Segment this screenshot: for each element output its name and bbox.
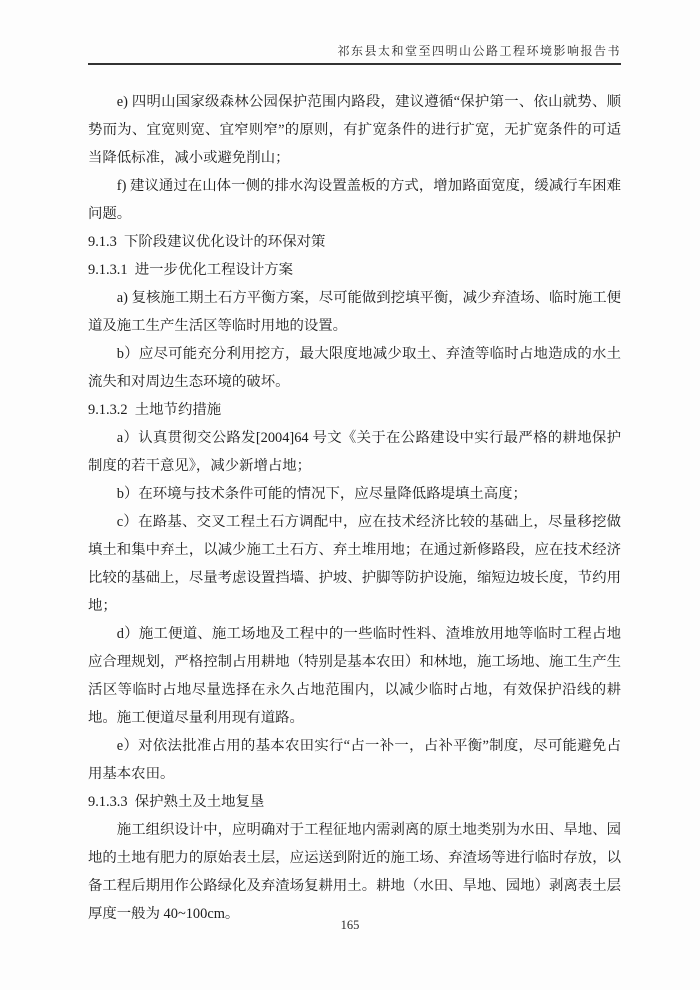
list-item-e-forest-park: e) 四明山国家级森林公园保护范围内路段，建议遵循“保护第一、依山就势、顺势而为…: [88, 88, 621, 172]
document-content: e) 四明山国家级森林公园保护范围内路段，建议遵循“保护第一、依山就势、顺势而为…: [88, 88, 621, 928]
list-item-f-drainage: f) 建议通过在山体一侧的排水沟设置盖板的方式，增加路面宽度，缓减行车困难问题。: [88, 172, 621, 228]
list-item-b-embankment: b）在环境与技术条件可能的情况下，应尽量降低路堤填土高度；: [88, 480, 621, 508]
list-item-c-roadbed: c）在路基、交叉工程土石方调配中，应在技术经济比较的基础上，尽量移挖做填土和集中…: [88, 508, 621, 620]
list-item-d-temp-land: d）施工便道、施工场地及工程中的一些临时性料、渣堆放用地等临时工程占地应合理规划…: [88, 620, 621, 732]
heading-9-1-3-1: 9.1.3.1 进一步优化工程设计方案: [88, 256, 621, 284]
document-page: 祁东县太和堂至四明山公路工程环境影响报告书 e) 四明山国家级森林公园保护范围内…: [0, 0, 700, 990]
page-number: 165: [341, 918, 360, 932]
page-header: 祁东县太和堂至四明山公路工程环境影响报告书: [88, 42, 621, 65]
header-title: 祁东县太和堂至四明山公路工程环境影响报告书: [337, 44, 621, 58]
list-item-a-policy: a）认真贯彻交公路发[2004]64 号文《关于在公路建设中实行最严格的耕地保护…: [88, 424, 621, 480]
heading-9-1-3-3: 9.1.3.3 保护熟土及土地复垦: [88, 788, 621, 816]
page-footer: 165: [0, 918, 700, 933]
list-item-a-earthwork: a) 复核施工期土石方平衡方案，尽可能做到挖填平衡，减少弃渣场、临时施工便道及施…: [88, 284, 621, 340]
list-item-e-farmland: e）对依法批准占用的基本农田实行“占一补一，占补平衡”制度，尽可能避免占用基本农…: [88, 732, 621, 788]
heading-9-1-3: 9.1.3 下阶段建议优化设计的环保对策: [88, 228, 621, 256]
heading-9-1-3-2: 9.1.3.2 土地节约措施: [88, 396, 621, 424]
paragraph-topsoil: 施工组织设计中，应明确对于工程征地内需剥离的原土地类别为水田、旱地、园地的土地有…: [88, 816, 621, 928]
list-item-b-excavation: b）应尽可能充分利用挖方，最大限度地减少取土、弃渣等临时占地造成的水土流失和对周…: [88, 340, 621, 396]
